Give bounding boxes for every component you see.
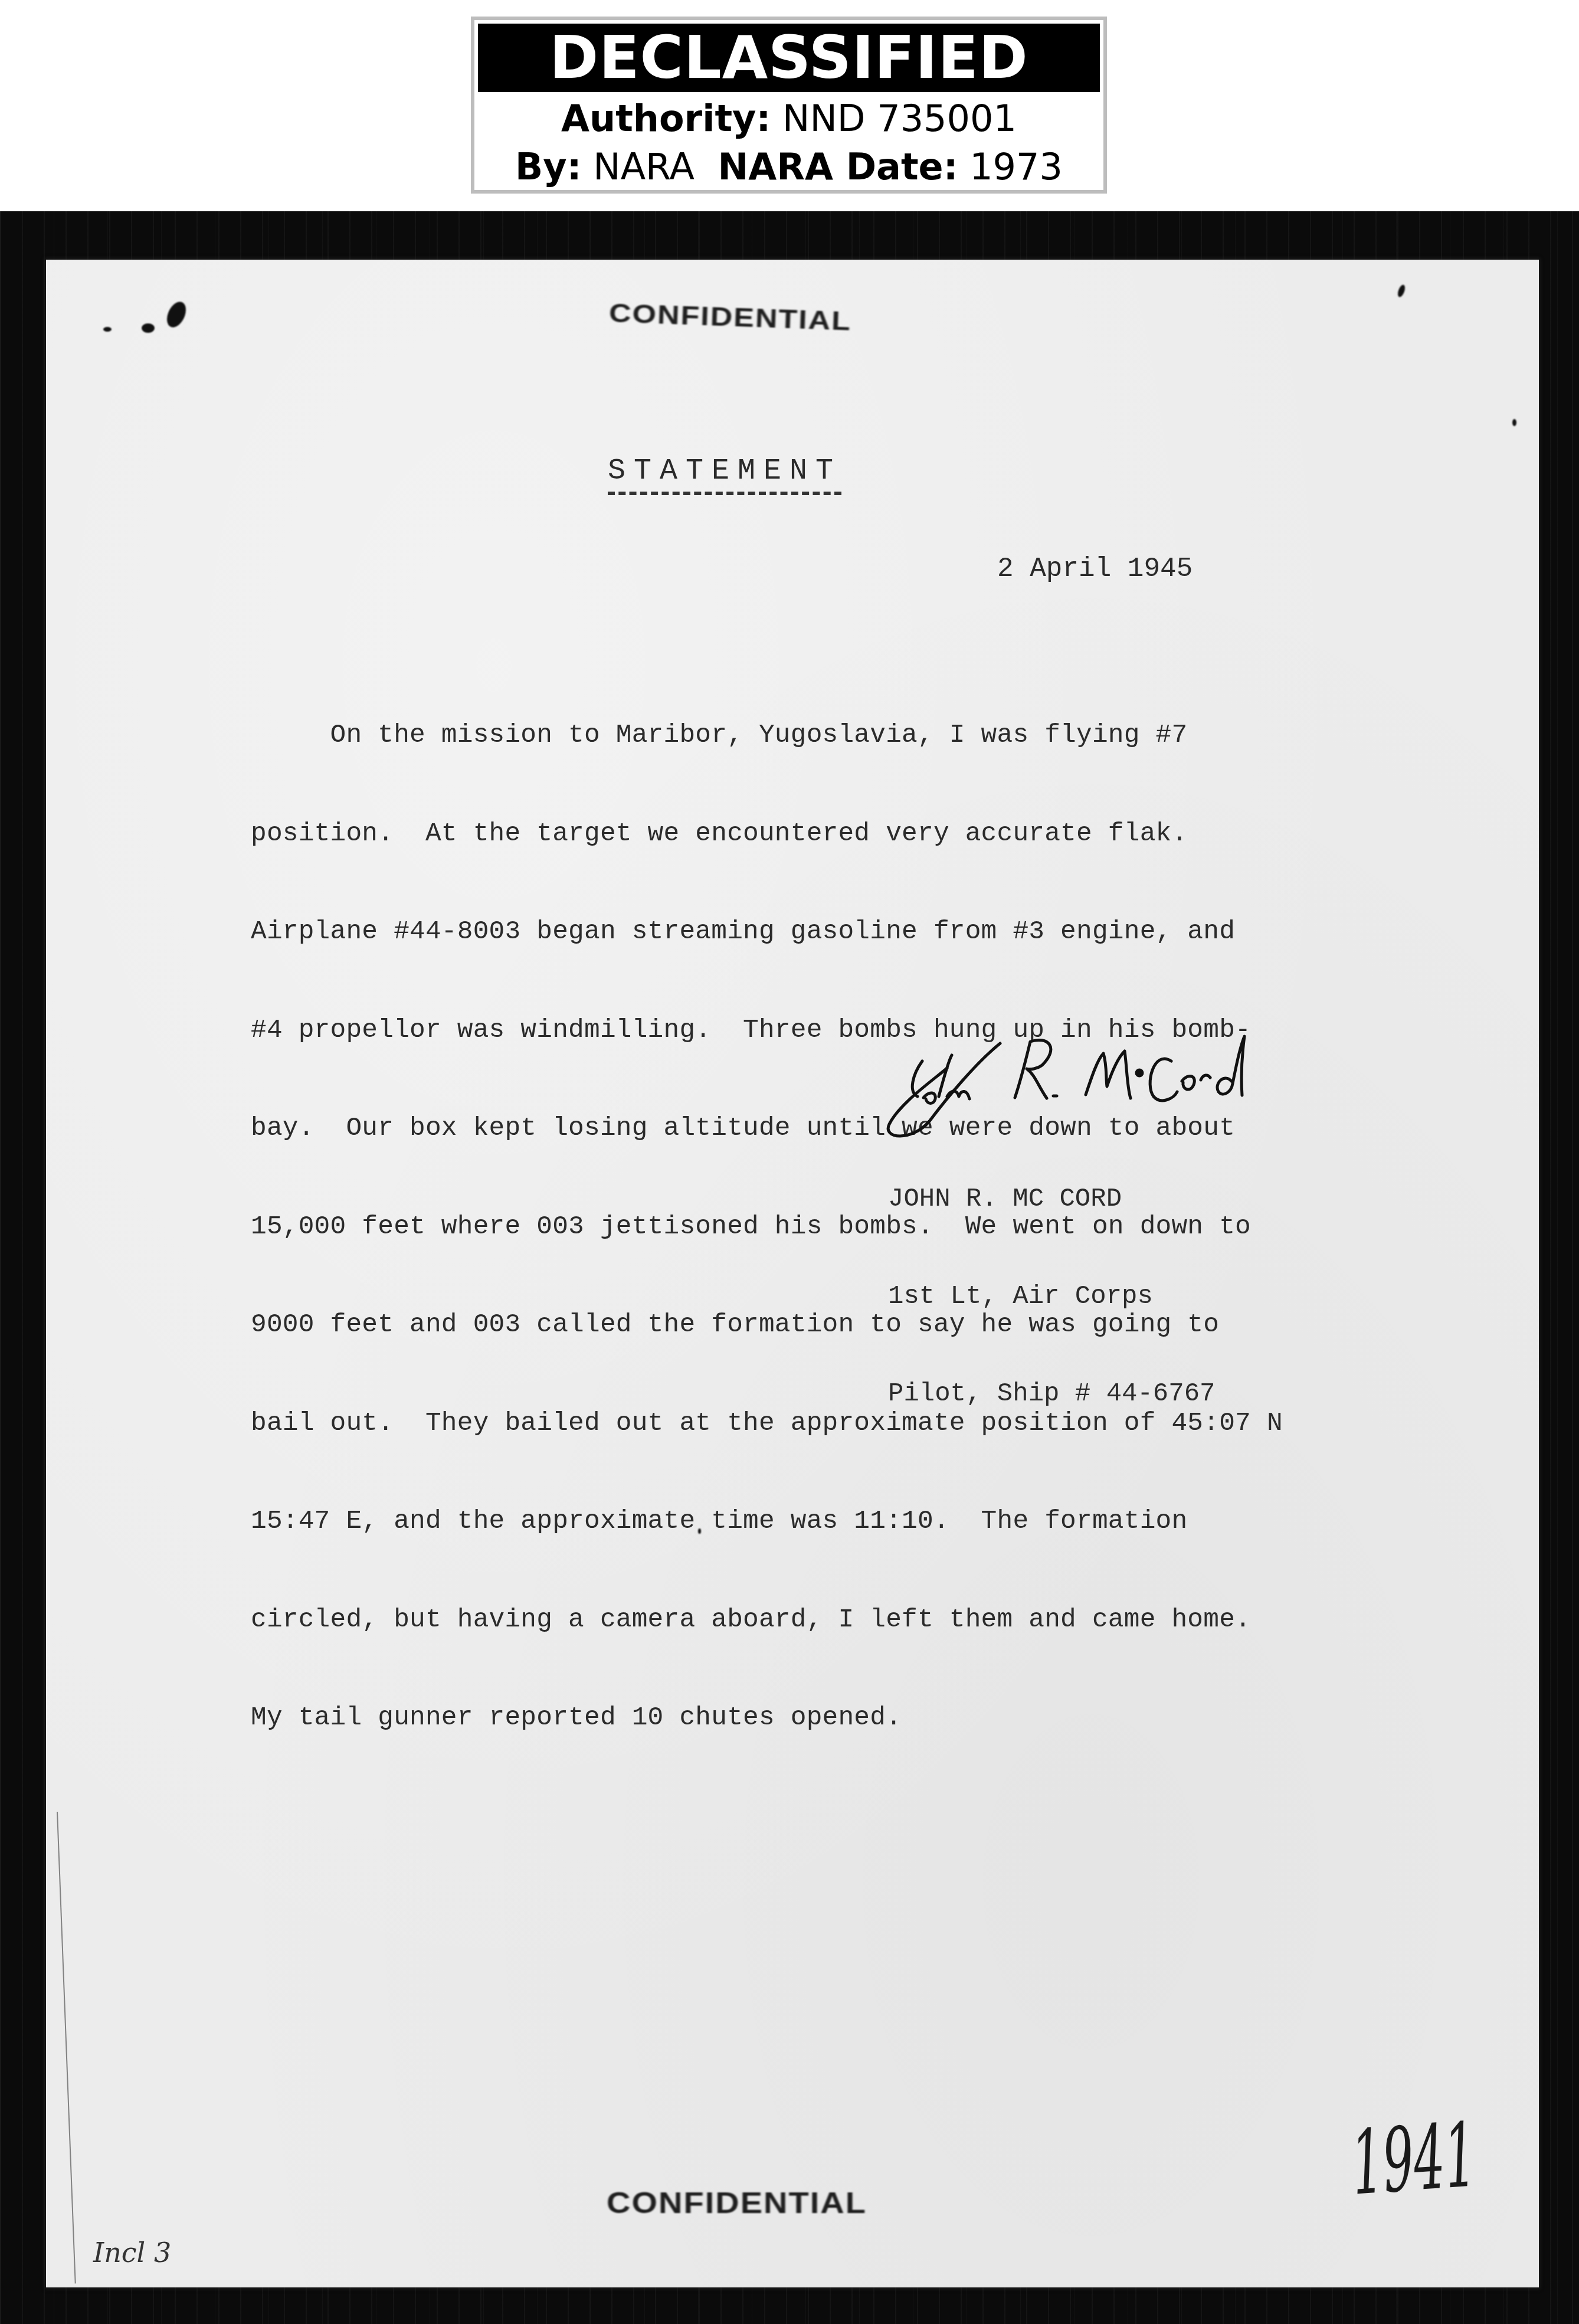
authority-label: Authority: [561,97,771,140]
document-heading: STATEMENT [608,454,841,488]
handwritten-enclosure-note: Incl 3 [93,2237,171,2269]
signature-block: JOHN R. MC CORD 1st Lt, Air Corps Pilot,… [888,1118,1216,1443]
signer-rank: 1st Lt, Air Corps [888,1281,1216,1313]
by-date-line: By: NARA NARA Date: 1973 [474,146,1103,188]
signer-name: JOHN R. MC CORD [888,1183,1216,1216]
nara-date-value: 1973 [969,145,1063,188]
body-line: circled, but having a camera aboard, I l… [251,1604,1325,1637]
declassification-label: DECLASSIFIED Authority: NND 735001 By: N… [471,17,1107,194]
body-line: position. At the target we encountered v… [251,818,1325,851]
ink-smudge [142,323,155,333]
body-line: My tail gunner reported 10 chutes opened… [251,1702,1325,1735]
by-value: NARA [593,145,695,188]
heading-text: STATEMENT [608,454,841,495]
ink-smudge [103,327,112,332]
signer-role: Pilot, Ship # 44-6767 [888,1378,1216,1410]
classification-stamp-bottom: CONFIDENTIAL [607,2185,867,2220]
document-date: 2 April 1945 [997,554,1193,584]
body-line: 15:47 E, and the approximate time was 11… [251,1505,1325,1539]
authority-line: Authority: NND 735001 [474,98,1103,139]
handwritten-page-number: 1941 [1348,2104,1479,2215]
ink-smudge [1512,419,1516,426]
declassified-title: DECLASSIFIED [478,24,1100,92]
body-line: Airplane #44-8003 began streaming gasoli… [251,916,1325,949]
nara-date-label: NARA Date: [718,145,958,188]
by-label: By: [515,145,581,188]
authority-value: NND 735001 [782,97,1017,140]
body-line: On the mission to Maribor, Yugoslavia, I… [251,719,1325,752]
paper-edge-line [57,1812,76,2283]
